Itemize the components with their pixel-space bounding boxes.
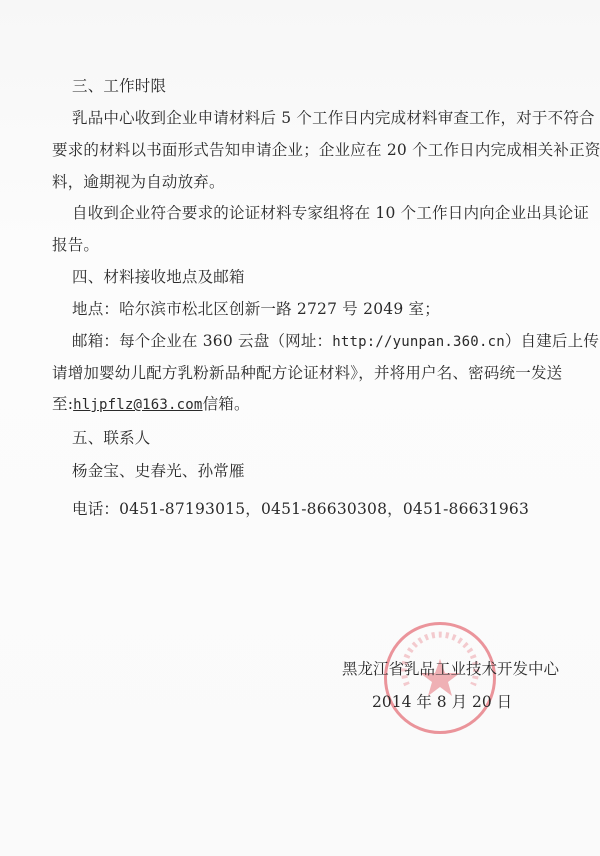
- contact-phone: 电话：0451-87193015，0451-86630308，0451-8663…: [72, 499, 529, 519]
- section-5-heading: 五、联系人: [72, 428, 151, 448]
- contact-names: 杨金宝、史春光、孙常雁: [72, 461, 245, 481]
- email-instructions-prefix: 邮箱：每个企业在 360 云盘（网址：: [72, 332, 332, 350]
- section-3-para2-line2: 报告。: [52, 235, 99, 255]
- section-3-heading: 三、工作时限: [72, 76, 166, 96]
- yunpan-url: http://yunpan.360.cn: [332, 334, 505, 350]
- email-instructions-line3: 至:hljpflz@163.com信箱。: [52, 394, 250, 415]
- signature-date: 2014 年 8 月 20 日: [372, 692, 512, 712]
- document-page: 三、工作时限 乳品中心收到企业申请材料后 5 个工作日内完成材料审查工作，对于不…: [0, 0, 600, 856]
- section-3-para1-line3: 料，逾期视为自动放弃。: [52, 172, 225, 192]
- section-4-heading: 四、材料接收地点及邮箱: [72, 267, 245, 287]
- email-to-suffix: 信箱。: [203, 395, 250, 413]
- section-3-para1-line2: 要求的材料以书面形式告知申请企业；企业应在 20 个工作日内完成相关补正资: [52, 140, 600, 160]
- email-instructions-line2: 请增加婴幼儿配方乳粉新品种配方论证材料》，并将用户名、密码统一发送: [52, 363, 562, 383]
- signature-organization: 黑龙江省乳品工业技术开发中心: [342, 659, 559, 679]
- section-3-para1-line1: 乳品中心收到企业申请材料后 5 个工作日内完成材料审查工作，对于不符合: [72, 108, 595, 128]
- email-instructions-line1: 邮箱：每个企业在 360 云盘（网址：http://yunpan.360.cn）…: [72, 331, 600, 352]
- address-line: 地点：哈尔滨市松北区创新一路 2727 号 2049 室；: [72, 299, 440, 319]
- email-address-link[interactable]: hljpflz@163.com: [73, 397, 202, 413]
- section-3-para2-line1: 自收到企业符合要求的论证材料专家组将在 10 个工作日内向企业出具论证: [72, 203, 589, 223]
- email-to-prefix: 至:: [52, 395, 73, 413]
- email-instructions-suffix: ）自建后上传《申: [505, 332, 600, 350]
